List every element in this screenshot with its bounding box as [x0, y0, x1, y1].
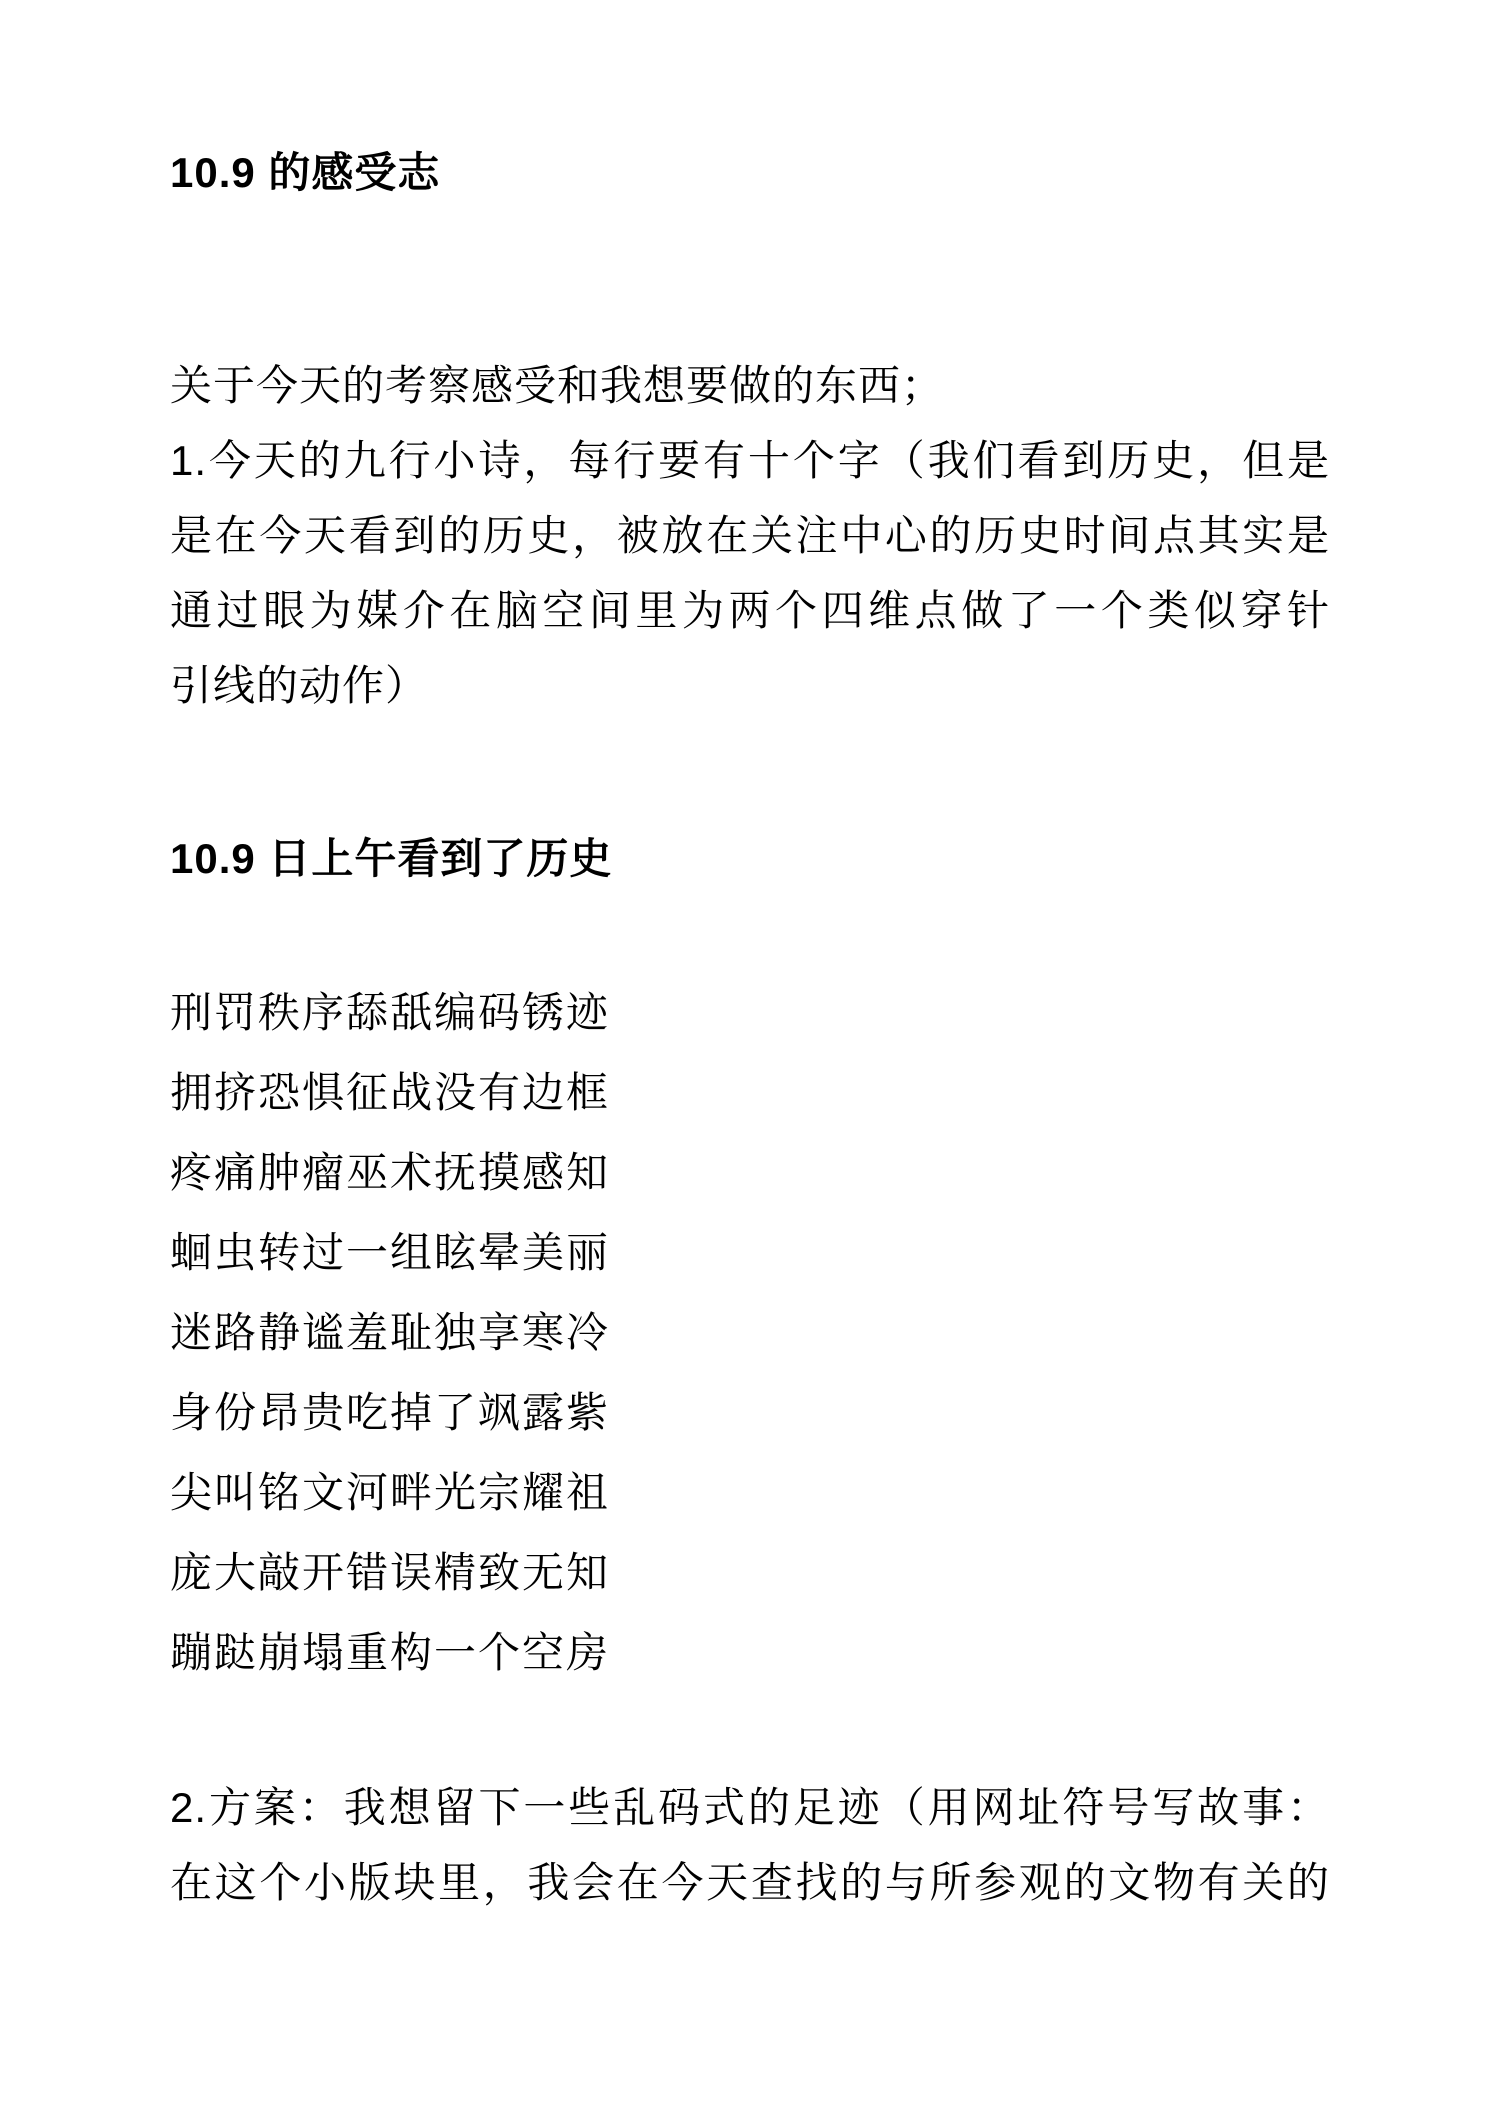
poem-line: 庞大敲开错误精致无知	[170, 1533, 1330, 1613]
poem-block: 刑罚秩序舔舐编码锈迹 拥挤恐惧征战没有边框 疼痛肿瘤巫术抚摸感知 蛔虫转过一组眩…	[170, 973, 1330, 1693]
poem-line: 尖叫铭文河畔光宗耀祖	[170, 1453, 1330, 1533]
poem-line: 疼痛肿瘤巫术抚摸感知	[170, 1133, 1330, 1213]
poem-line: 蛔虫转过一组眩晕美丽	[170, 1213, 1330, 1293]
intro-line: 引线的动作）	[170, 648, 1330, 723]
intro-line: 关于今天的考察感受和我想要做的东西；	[170, 348, 1330, 423]
section-heading: 10.9 日上午看到了历史	[170, 821, 1330, 896]
plan-paragraph: 2.方案：我想留下一些乱码式的足迹（用网址符号写故事： 在这个小版块里，我会在今…	[170, 1770, 1330, 1920]
plan-line: 在这个小版块里，我会在今天查找的与所参观的文物有关的	[170, 1845, 1330, 1920]
document-page: 10.9 的感受志 关于今天的考察感受和我想要做的东西； 1.今天的九行小诗，每…	[0, 0, 1500, 2122]
document-title: 10.9 的感受志	[170, 148, 1330, 198]
intro-line: 1.今天的九行小诗，每行要有十个字（我们看到历史，但是	[170, 423, 1330, 498]
intro-line: 是在今天看到的历史，被放在关注中心的历史时间点其实是	[170, 498, 1330, 573]
document-content: 10.9 的感受志 关于今天的考察感受和我想要做的东西； 1.今天的九行小诗，每…	[0, 0, 1500, 1920]
plan-line: 2.方案：我想留下一些乱码式的足迹（用网址符号写故事：	[170, 1770, 1330, 1845]
poem-line: 迷路静谧羞耻独享寒冷	[170, 1293, 1330, 1373]
poem-line: 蹦跶崩塌重构一个空房	[170, 1613, 1330, 1693]
poem-line: 身份昂贵吃掉了飒露紫	[170, 1373, 1330, 1453]
poem-line: 刑罚秩序舔舐编码锈迹	[170, 973, 1330, 1053]
poem-line: 拥挤恐惧征战没有边框	[170, 1053, 1330, 1133]
intro-line: 通过眼为媒介在脑空间里为两个四维点做了一个类似穿针	[170, 573, 1330, 648]
intro-paragraph: 关于今天的考察感受和我想要做的东西； 1.今天的九行小诗，每行要有十个字（我们看…	[170, 348, 1330, 723]
